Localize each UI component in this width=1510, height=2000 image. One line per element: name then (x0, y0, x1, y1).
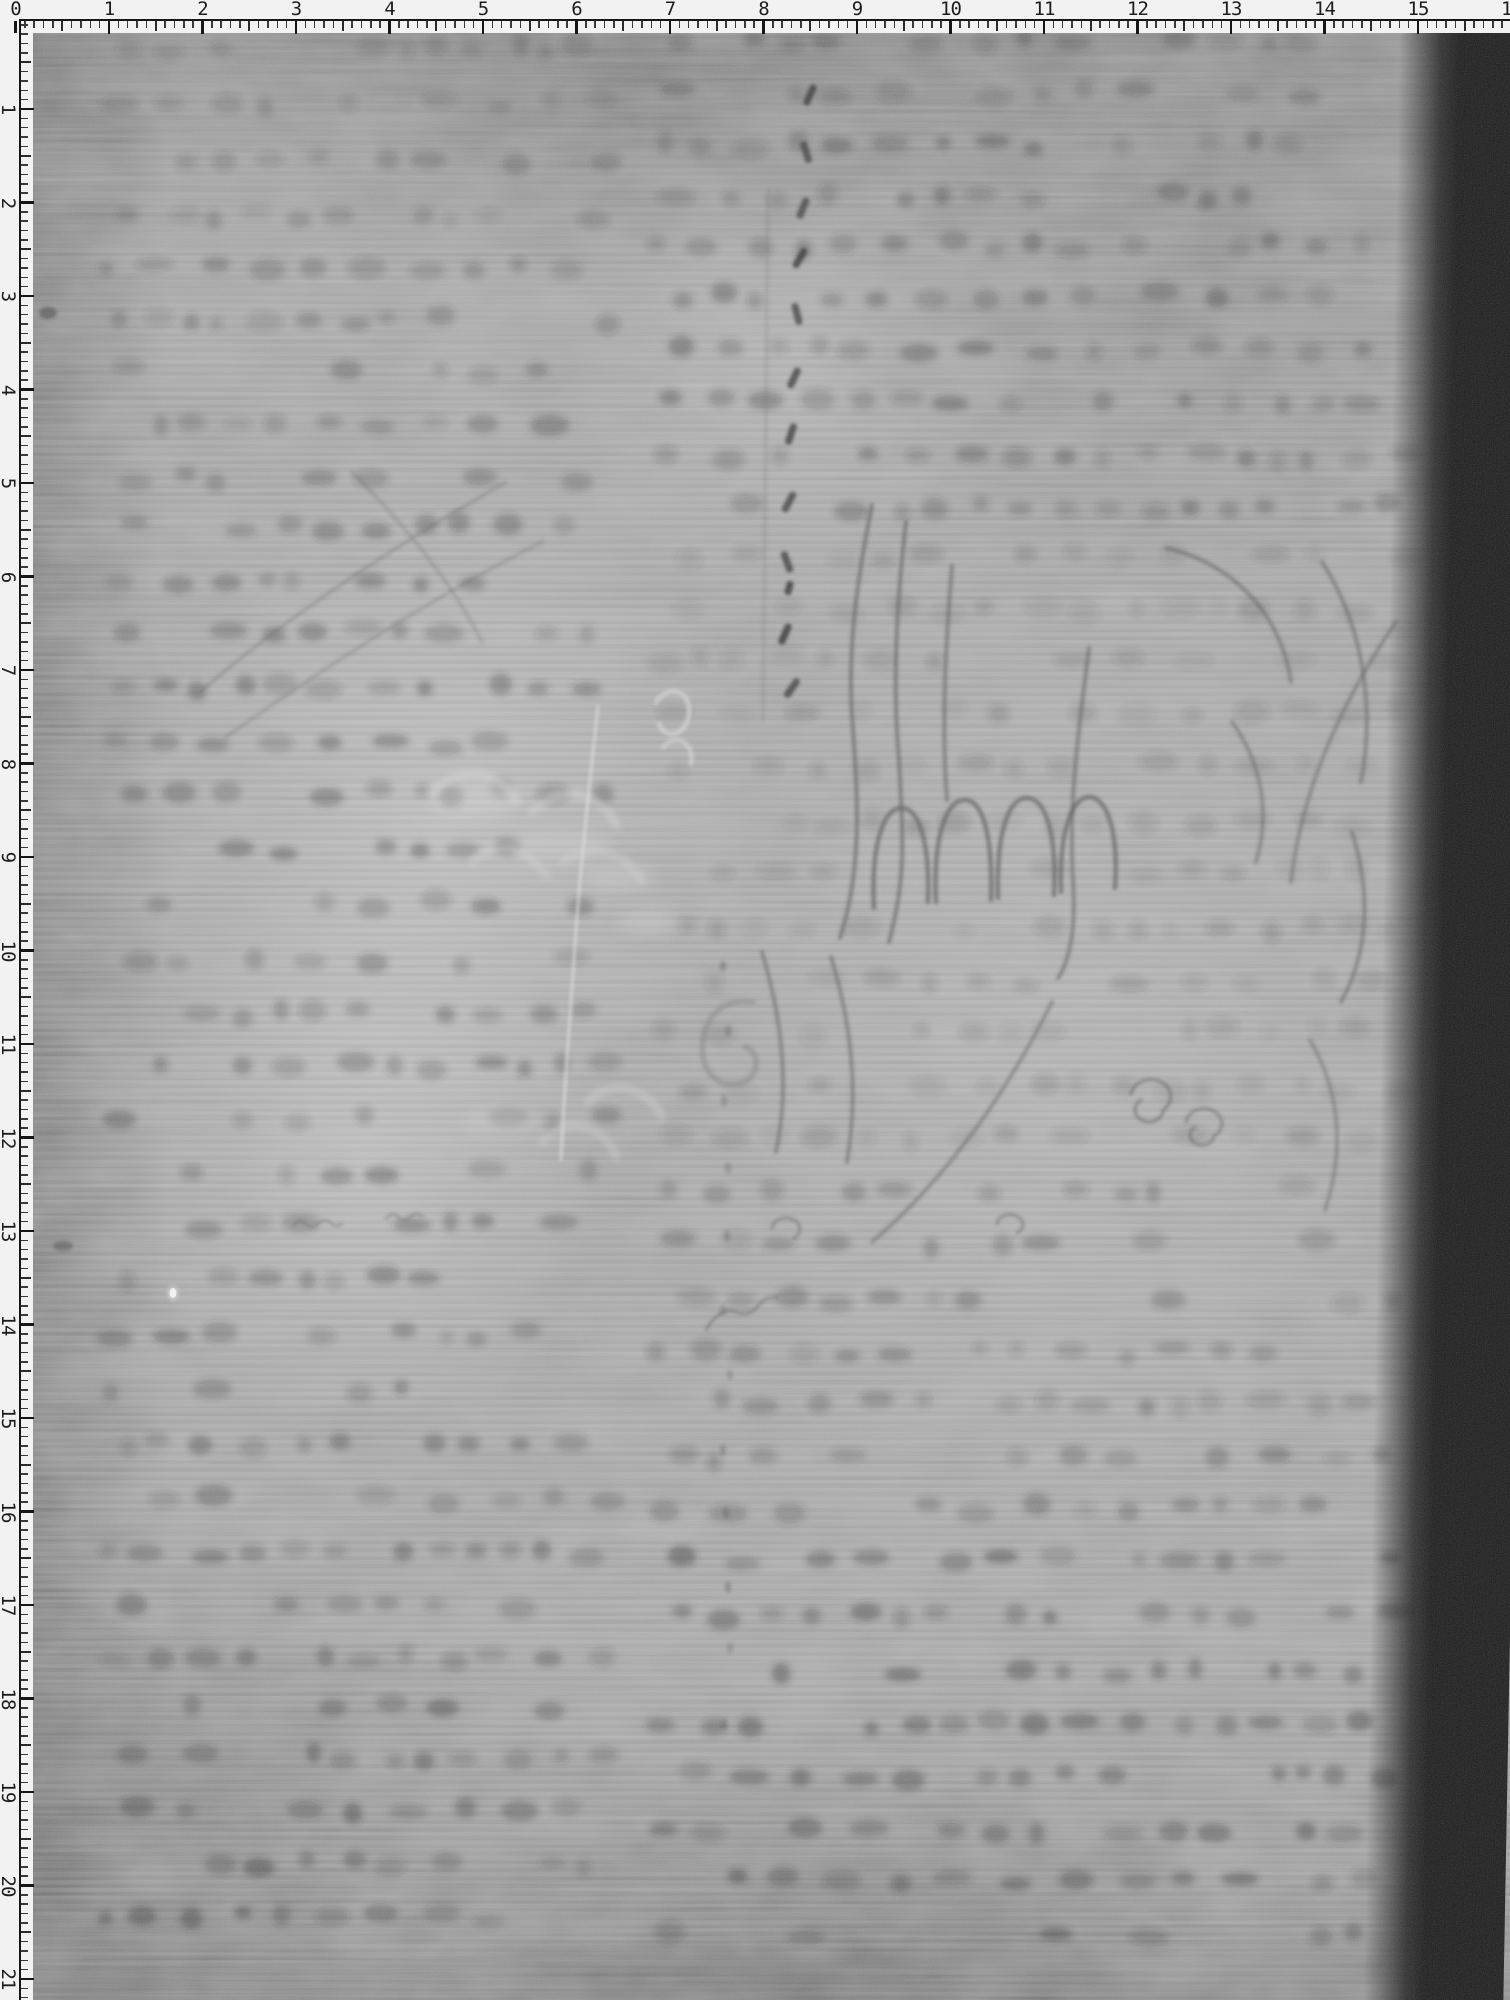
left-ruler-tick (21, 99, 28, 101)
left-ruler-tick (21, 183, 28, 185)
left-ruler-tick (21, 52, 28, 54)
left-ruler-tick (21, 1249, 28, 1251)
top-ruler-tick (1043, 21, 1045, 34)
left-ruler-label: 1 (0, 94, 21, 124)
left-ruler-label: 21 (0, 1964, 21, 1994)
left-ruler-tick (21, 772, 28, 774)
left-ruler-tick (21, 192, 28, 194)
top-ruler-tick (529, 21, 531, 31)
left-ruler-tick (21, 1043, 34, 1045)
top-ruler-tick (669, 21, 671, 34)
left-ruler-tick (21, 520, 28, 522)
top-ruler-tick (1352, 21, 1354, 28)
top-ruler-tick (1408, 21, 1410, 28)
top-ruler-tick (1221, 21, 1223, 28)
top-ruler-tick (987, 21, 989, 28)
top-ruler-tick (314, 21, 316, 28)
left-ruler-tick (21, 1221, 28, 1223)
top-ruler-tick (866, 21, 868, 28)
left-ruler-tick (21, 1146, 28, 1148)
top-ruler-tick (557, 21, 559, 28)
top-ruler-tick (61, 21, 63, 31)
left-ruler-tick (21, 1483, 28, 1485)
left-ruler-tick (21, 90, 28, 92)
top-ruler-tick (1492, 21, 1494, 28)
left-ruler-tick (21, 1679, 28, 1681)
top-ruler-tick (118, 21, 120, 28)
top-ruler-tick (520, 21, 522, 28)
top-ruler-tick (370, 21, 372, 28)
left-ruler-tick (21, 875, 28, 877)
top-ruler-tick (1025, 21, 1027, 28)
left-ruler-tick (21, 258, 28, 260)
left-ruler-label: 4 (0, 375, 21, 405)
top-ruler-label: 14 (1303, 1, 1347, 18)
left-ruler-tick (21, 1268, 28, 1270)
left-ruler-tick (21, 1118, 28, 1120)
left-ruler-label: 5 (0, 468, 21, 498)
left-ruler-tick (21, 295, 34, 297)
top-ruler-tick (80, 21, 82, 28)
top-ruler-tick (407, 21, 409, 28)
top-ruler-tick (566, 21, 568, 28)
top-ruler-tick (735, 21, 737, 28)
left-ruler-tick (21, 1557, 31, 1559)
left-ruler-tick (21, 1688, 28, 1690)
left-ruler-tick (21, 1305, 28, 1307)
left-ruler-tick (21, 959, 28, 961)
top-ruler-tick (248, 21, 250, 31)
left-ruler-tick (21, 1595, 28, 1597)
top-ruler-tick (538, 21, 540, 28)
left-ruler-tick (21, 800, 28, 802)
top-ruler-tick (828, 21, 830, 28)
top-ruler-tick (286, 21, 288, 28)
left-ruler-tick (21, 1286, 28, 1288)
top-ruler-tick (33, 21, 35, 28)
left-ruler-tick (21, 1950, 28, 1952)
top-ruler-tick (127, 21, 129, 28)
left-ruler-tick (21, 220, 28, 222)
left-ruler-tick (21, 987, 28, 989)
top-ruler-tick (1483, 21, 1485, 28)
left-ruler-tick (21, 856, 34, 858)
top-ruler-tick (894, 21, 896, 28)
top-ruler-tick (1370, 21, 1372, 31)
left-ruler-tick (21, 201, 34, 203)
top-ruler-label: 11 (1022, 1, 1066, 18)
top-ruler-label: 5 (461, 1, 505, 18)
left-ruler-tick (21, 716, 31, 718)
top-ruler-tick (809, 21, 811, 31)
left-ruler-tick (21, 996, 31, 998)
left-ruler-tick (21, 1015, 28, 1017)
top-ruler-tick (71, 21, 73, 28)
left-ruler-tick (21, 1099, 28, 1101)
left-ruler-tick (21, 1922, 28, 1924)
top-ruler-tick (613, 21, 615, 28)
left-ruler-tick (21, 267, 28, 269)
left-ruler-tick (21, 155, 31, 157)
left-ruler-tick (21, 370, 28, 372)
left-ruler-label: 12 (0, 1123, 21, 1153)
top-ruler-label: 6 (555, 1, 599, 18)
left-ruler-tick (21, 1323, 34, 1325)
left-ruler-tick (21, 884, 28, 886)
left-ruler-tick (21, 164, 28, 166)
left-ruler-tick (21, 1212, 28, 1214)
left-ruler-tick (21, 118, 28, 120)
left-ruler-tick (21, 791, 28, 793)
left-ruler-tick (21, 407, 28, 409)
left-ruler-tick (21, 1296, 28, 1298)
left-ruler-tick (21, 314, 28, 316)
top-ruler-tick (155, 21, 157, 31)
top-ruler-tick (744, 21, 746, 28)
top-ruler-tick (1445, 21, 1447, 28)
top-ruler-tick (594, 21, 596, 28)
left-ruler-tick (21, 1660, 28, 1662)
left-ruler-tick (21, 594, 28, 596)
left-ruler-tick (21, 1819, 28, 1821)
top-ruler-tick (762, 21, 764, 34)
top-ruler-tick (333, 21, 335, 28)
left-ruler-tick (21, 968, 28, 970)
top-ruler-tick (1464, 21, 1466, 31)
top-ruler-tick (464, 21, 466, 28)
left-ruler-tick (21, 1801, 28, 1803)
top-ruler-tick (753, 21, 755, 28)
top-ruler-tick (426, 21, 428, 28)
left-ruler-tick (21, 1062, 28, 1064)
left-ruler-tick (21, 1903, 28, 1905)
left-ruler-tick (21, 174, 28, 176)
top-ruler-tick (43, 21, 45, 28)
top-ruler-tick (575, 21, 577, 34)
left-ruler-tick (21, 1455, 28, 1457)
left-ruler-tick (21, 809, 31, 811)
left-ruler-tick (21, 1408, 28, 1410)
left-ruler-tick (21, 1866, 28, 1868)
left-ruler-tick (21, 379, 28, 381)
top-ruler-tick (931, 21, 933, 28)
left-ruler-tick (21, 248, 31, 250)
top-ruler-label: 13 (1209, 1, 1253, 18)
left-ruler-tick (21, 1548, 28, 1550)
left-ruler-tick (21, 398, 28, 400)
top-ruler-tick (323, 21, 325, 28)
left-ruler-tick (21, 435, 31, 437)
left-ruler-tick (21, 43, 28, 45)
top-ruler-tick (342, 21, 344, 31)
left-ruler-tick (21, 1342, 28, 1344)
left-ruler-tick (21, 1829, 28, 1831)
left-ruler-label: 17 (0, 1590, 21, 1620)
left-ruler-tick (21, 903, 31, 905)
top-ruler-tick (1202, 21, 1204, 28)
film-grain (0, 0, 1510, 2000)
left-ruler-tick (21, 912, 28, 914)
top-ruler-tick (1090, 21, 1092, 31)
left-ruler-tick (21, 660, 28, 662)
top-ruler-tick (819, 21, 821, 28)
top-ruler-tick (1155, 21, 1157, 28)
left-ruler-label: 16 (0, 1497, 21, 1527)
top-ruler-tick (1305, 21, 1307, 28)
left-ruler-tick (21, 1894, 28, 1896)
top-ruler-label: 0 (0, 1, 38, 18)
top-ruler-label: 16 (1490, 1, 1510, 18)
left-ruler-tick (21, 1183, 31, 1185)
left-ruler-tick (21, 1501, 28, 1503)
left-ruler-label: 7 (0, 655, 21, 685)
top-ruler-label: 2 (181, 1, 225, 18)
left-ruler-label: 10 (0, 936, 21, 966)
top-ruler-tick (1342, 21, 1344, 28)
top-ruler-label: 10 (929, 1, 973, 18)
top-ruler-tick (277, 21, 279, 28)
top-ruler-tick (1062, 21, 1064, 28)
top-ruler-label: 4 (368, 1, 412, 18)
top-ruler-tick (183, 21, 185, 28)
left-ruler-tick (21, 501, 28, 503)
left-ruler-tick (21, 1277, 31, 1279)
left-ruler-label: 11 (0, 1029, 21, 1059)
left-ruler-tick (21, 24, 28, 26)
left-ruler-tick (21, 1707, 28, 1709)
left-ruler-tick (21, 641, 28, 643)
left-ruler-tick (21, 1838, 31, 1840)
left-ruler-label: 18 (0, 1684, 21, 1714)
top-ruler-tick (968, 21, 970, 28)
top-ruler-tick (903, 21, 905, 31)
left-ruler-tick (21, 230, 28, 232)
left-ruler-tick (21, 735, 28, 737)
left-ruler-tick (21, 1697, 34, 1699)
top-ruler-tick (707, 21, 709, 28)
top-ruler-tick (959, 21, 961, 28)
left-ruler-tick (21, 866, 28, 868)
left-ruler-tick (21, 1090, 31, 1092)
top-ruler-tick (641, 21, 643, 28)
left-ruler-tick (21, 669, 34, 671)
left-ruler-tick (21, 1651, 31, 1653)
top-ruler-tick (772, 21, 774, 28)
top-ruler-tick (912, 21, 914, 28)
left-ruler-tick (21, 146, 28, 148)
top-ruler-tick (1268, 21, 1270, 28)
top-ruler-tick (1277, 21, 1279, 31)
left-ruler-label: 15 (0, 1403, 21, 1433)
left-ruler-tick (21, 351, 28, 353)
top-ruler-label: 3 (274, 1, 318, 18)
left-ruler-tick (21, 613, 28, 615)
top-ruler-tick (1053, 21, 1055, 28)
top-ruler-tick (454, 21, 456, 28)
left-ruler-tick (21, 1875, 28, 1877)
top-ruler-tick (875, 21, 877, 28)
left-ruler-tick (21, 1380, 28, 1382)
left-ruler-tick (21, 1127, 28, 1129)
top-ruler-tick (211, 21, 213, 28)
left-ruler-tick (21, 1445, 28, 1447)
top-ruler-tick (622, 21, 624, 31)
left-ruler-label: 8 (0, 749, 21, 779)
top-ruler-tick (585, 21, 587, 28)
top-ruler-tick (1473, 21, 1475, 28)
top-ruler-tick (388, 21, 390, 34)
top-ruler-tick (1230, 21, 1232, 34)
top-ruler-label: 1 (87, 1, 131, 18)
top-ruler-tick (1174, 21, 1176, 28)
top-ruler-tick (305, 21, 307, 28)
manuscript-scan: 012345678910111213141516 123456789101112… (0, 0, 1510, 2000)
ruler-vertical: 123456789101112131415161718192021 (0, 33, 33, 2000)
left-ruler-label: 13 (0, 1216, 21, 1246)
left-ruler-tick (21, 1614, 28, 1616)
left-ruler-tick (21, 1773, 28, 1775)
left-ruler-tick (21, 1427, 28, 1429)
left-ruler-tick (21, 510, 28, 512)
top-ruler-tick (1146, 21, 1148, 28)
top-ruler-tick (847, 21, 849, 28)
top-ruler-tick (174, 21, 176, 28)
top-ruler-tick (604, 21, 606, 28)
left-ruler-tick (21, 1230, 34, 1232)
top-ruler-tick (501, 21, 503, 28)
left-ruler-tick (21, 1782, 28, 1784)
top-ruler-tick (510, 21, 512, 28)
top-ruler-tick (1333, 21, 1335, 28)
top-ruler-tick (417, 21, 419, 28)
top-ruler-tick (1417, 21, 1419, 34)
left-ruler-tick (21, 1539, 28, 1541)
top-ruler-tick (1427, 21, 1429, 28)
top-ruler-tick (1455, 21, 1457, 28)
left-ruler-tick (21, 978, 28, 980)
top-ruler-tick (679, 21, 681, 28)
left-ruler-tick (21, 585, 28, 587)
left-ruler-tick (21, 1586, 28, 1588)
top-ruler-tick (1118, 21, 1120, 28)
left-ruler-tick (21, 464, 28, 466)
top-ruler-tick (1127, 21, 1129, 28)
top-ruler-tick (949, 21, 951, 34)
left-ruler-tick (21, 1978, 34, 1980)
top-ruler-tick (379, 21, 381, 28)
left-ruler-tick (21, 1258, 28, 1260)
left-ruler-tick (21, 688, 28, 690)
top-ruler-tick (192, 21, 194, 28)
left-ruler-tick (21, 1025, 28, 1027)
left-ruler-tick (21, 1053, 28, 1055)
top-ruler-tick (445, 21, 447, 28)
left-ruler-tick (21, 557, 28, 559)
top-ruler-tick (1006, 21, 1008, 28)
left-ruler-tick (21, 762, 34, 764)
top-ruler-tick (492, 21, 494, 28)
top-ruler-tick (838, 21, 840, 28)
left-ruler-tick (21, 1006, 28, 1008)
left-ruler-tick (21, 286, 28, 288)
left-ruler-label: 19 (0, 1777, 21, 1807)
left-ruler-tick (21, 61, 31, 63)
top-ruler-tick (922, 21, 924, 28)
left-ruler-tick (21, 1642, 28, 1644)
left-ruler-tick (21, 632, 28, 634)
top-ruler-tick (978, 21, 980, 28)
top-ruler-tick (791, 21, 793, 28)
left-ruler-tick (21, 651, 28, 653)
left-ruler-tick (21, 1193, 28, 1195)
left-ruler-tick (21, 949, 34, 951)
left-ruler-tick (21, 1810, 28, 1812)
left-ruler-tick (21, 1744, 31, 1746)
left-ruler-tick (21, 1960, 28, 1962)
top-ruler-tick (1165, 21, 1167, 28)
top-ruler-tick (90, 21, 92, 28)
top-ruler-tick (651, 21, 653, 28)
top-ruler-tick (164, 21, 166, 28)
left-ruler-tick (21, 1109, 28, 1111)
left-ruler-tick (21, 482, 34, 484)
left-ruler-tick (21, 1567, 28, 1569)
left-ruler-tick (21, 71, 28, 73)
manuscript-photo (0, 0, 1510, 2000)
top-ruler-tick (940, 21, 942, 28)
left-ruler-tick (21, 1997, 28, 1999)
left-ruler-tick (21, 323, 28, 325)
top-ruler-tick (800, 21, 802, 28)
top-ruler-tick (258, 21, 260, 28)
left-ruler-tick (21, 1071, 28, 1073)
left-ruler-label: 2 (0, 188, 21, 218)
left-ruler-tick (21, 211, 28, 213)
top-ruler-tick (1240, 21, 1242, 28)
top-ruler-tick (1015, 21, 1017, 28)
top-ruler-tick (1071, 21, 1073, 28)
top-ruler-tick (1436, 21, 1438, 28)
top-ruler-tick (1081, 21, 1083, 28)
top-ruler-tick (1323, 21, 1325, 34)
top-ruler-tick (697, 21, 699, 28)
left-ruler-tick (21, 548, 28, 550)
top-ruler-tick (146, 21, 148, 28)
top-ruler-label: 8 (742, 1, 786, 18)
left-ruler-tick (21, 1370, 31, 1372)
left-ruler-tick (21, 838, 28, 840)
left-ruler-tick (21, 1988, 28, 1990)
top-ruler-tick (1286, 21, 1288, 28)
left-ruler-tick (21, 417, 28, 419)
left-ruler-tick (21, 1436, 28, 1438)
left-ruler-tick (21, 1314, 28, 1316)
top-ruler-tick (996, 21, 998, 31)
top-ruler-tick (1361, 21, 1363, 28)
top-ruler-tick (1109, 21, 1111, 28)
top-ruler-tick (1249, 21, 1251, 28)
ruler-horizontal: 012345678910111213141516 (0, 0, 1510, 33)
left-ruler-tick (21, 361, 28, 363)
left-ruler-tick (21, 1884, 34, 1886)
top-ruler-tick (632, 21, 634, 28)
left-ruler-tick (21, 1155, 28, 1157)
left-ruler-tick (21, 454, 28, 456)
left-ruler-tick (21, 940, 28, 942)
top-ruler-tick (688, 21, 690, 28)
top-ruler-tick (716, 21, 718, 31)
left-ruler-tick (21, 1352, 28, 1354)
